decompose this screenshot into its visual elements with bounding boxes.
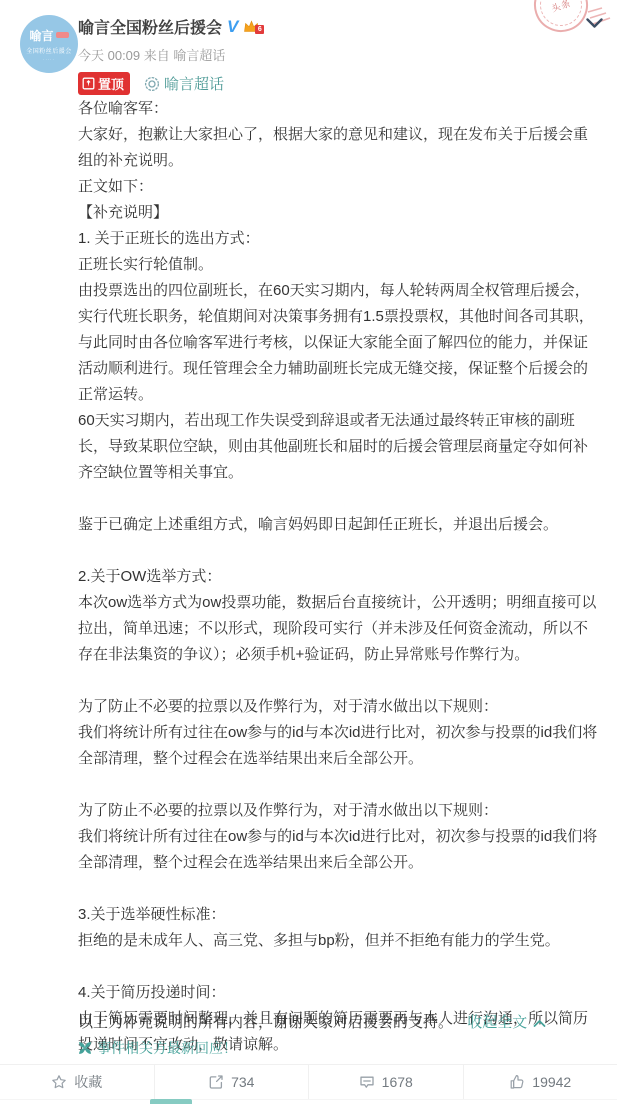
thumbs-up-icon bbox=[509, 1074, 525, 1090]
supertopic-badge-icon bbox=[144, 76, 160, 92]
comment-button[interactable]: 1678 bbox=[308, 1065, 463, 1099]
closing-row: 以上为补充说明的所有内容，谢谢大家对后援会的支持。 收起全文 bbox=[78, 1010, 599, 1036]
post-header: 喻言 全国粉丝后援会 ····· 喻言全国粉丝后援会 V 6 今天 00:09 … bbox=[20, 15, 597, 95]
next-section-fragment bbox=[150, 1099, 192, 1104]
avatar-tag bbox=[56, 32, 69, 38]
chevron-up-icon bbox=[533, 1019, 546, 1028]
weibo-post-card: 头条 喻言 全国粉丝后援会 ····· 喻言全国粉丝后援会 V 6 bbox=[0, 0, 617, 1104]
related-topic-link[interactable]: 事件相关方最新回应！ bbox=[97, 1038, 237, 1058]
supertopic-link[interactable]: 喻言超话 bbox=[144, 73, 224, 94]
repost-icon bbox=[208, 1074, 224, 1090]
username[interactable]: 喻言全国粉丝后援会 bbox=[78, 15, 222, 38]
source-link[interactable]: 喻言超话 bbox=[173, 48, 225, 63]
verified-icon: V bbox=[227, 18, 238, 35]
post-body-text: 各位喻客军： 大家好，抱歉让大家担心了，根据大家的意见和建议，现在发布关于后援会… bbox=[78, 96, 599, 1058]
timestamp: 今天 00:09 bbox=[78, 48, 140, 63]
post-meta: 今天 00:09 来自 喻言超话 bbox=[78, 45, 597, 64]
avatar[interactable]: 喻言 全国粉丝后援会 ····· bbox=[20, 15, 78, 73]
fan-level-crown-icon: 6 bbox=[243, 20, 260, 33]
action-bar: 收藏 734 1678 19942 bbox=[0, 1064, 617, 1100]
pin-icon bbox=[82, 77, 95, 90]
related-topic-row[interactable]: 事件相关方最新回应！ bbox=[78, 1038, 237, 1058]
collapse-full-text-link[interactable]: 收起全文 bbox=[467, 1010, 546, 1036]
pinwheel-icon bbox=[78, 1041, 92, 1055]
comment-icon bbox=[359, 1074, 375, 1090]
level-badge: 6 bbox=[255, 25, 264, 34]
favorite-button[interactable]: 收藏 bbox=[0, 1065, 154, 1099]
star-icon bbox=[51, 1074, 67, 1090]
pinned-badge: 置顶 bbox=[78, 72, 130, 95]
closing-text: 以上为补充说明的所有内容，谢谢大家对后援会的支持。 bbox=[78, 1014, 453, 1031]
like-button[interactable]: 19942 bbox=[463, 1065, 617, 1099]
repost-button[interactable]: 734 bbox=[154, 1065, 309, 1099]
